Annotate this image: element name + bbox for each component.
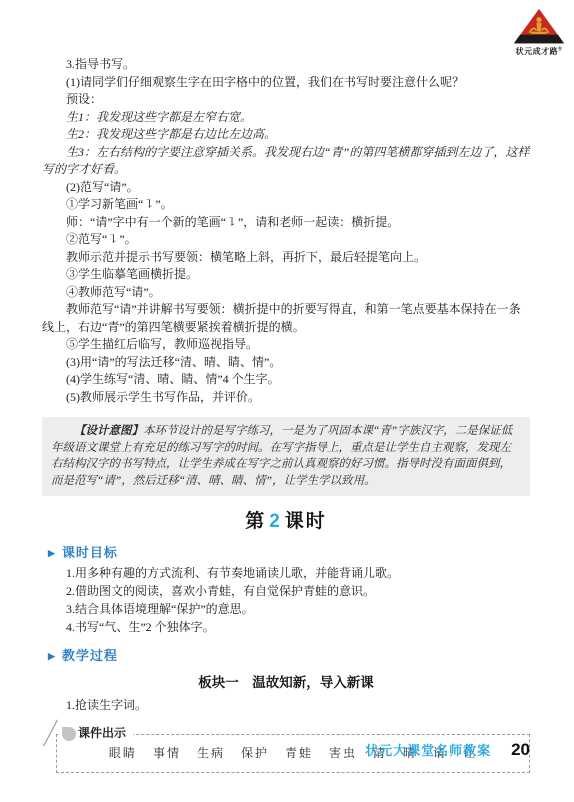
goal-list: 1.用多种有趣的方式流利、有节奏地诵读儿歌，并能背诵儿歌。2.借助图文的阅读，喜… <box>42 564 530 636</box>
lesson-step-line: 生3：左右结构的字要注意穿插关系。我发现右边“青”的第四笔横都穿插到左边了，这样… <box>42 144 530 179</box>
lesson-step-line: 生1：我发现这些字都是左窄右宽。 <box>42 109 530 127</box>
brand-text: 状元成才路® <box>510 46 568 57</box>
session-number: 2 <box>266 511 285 532</box>
design-note-text: 【设计意图】本环节设计的是写字练习，一是为了巩固本课“青”字族汉字，二是保证低年… <box>51 423 521 489</box>
footer-brand: 状元大课堂名师教案 <box>365 740 491 759</box>
courseware-word: 害虫 <box>329 744 357 761</box>
lesson-step-line: (4)学生练写“清、晴、睛、情”4 个生字。 <box>42 371 530 389</box>
courseware-word: 生病 <box>197 744 225 761</box>
lesson-step-line: (2)范写“请”。 <box>42 179 530 197</box>
section-header-process: ▶教学过程 <box>48 645 530 664</box>
section-header-goals: ▶课时目标 <box>48 542 530 561</box>
lesson-step-line: 教师范写“请”并讲解书写要领：横折提中的折要写得直，和第一笔点要基本保持在一条线… <box>42 301 530 336</box>
courseware-word: 保护 <box>241 744 269 761</box>
lesson-step-line: (3)用“请”的写法迁移“清、晴、睛、情”。 <box>42 354 530 372</box>
courseware-word: 眼睛 <box>109 744 137 761</box>
courseware-word: 事情 <box>153 744 181 761</box>
lesson-step-line: (5)教师展示学生书写作品，并评价。 <box>42 389 530 407</box>
drop-icon <box>62 727 76 741</box>
lesson-step-line: ②范写“㇊”。 <box>42 231 530 249</box>
lesson-step-line: 师：“请”字中有一个新的笔画“㇊”，请和老师一起读：横折提。 <box>42 214 530 232</box>
goal-item: 2.借助图文的阅读，喜欢小青蛙，有自觉保护青蛙的意识。 <box>42 582 530 600</box>
lesson-step-line: 3.指导书写。 <box>42 56 530 74</box>
document-page: 状元成才路® 3.指导书写。(1)请同学们仔细观察生字在田字格中的位置，我们在书… <box>0 0 574 802</box>
lesson-step-line: ⑤学生描红后临写，教师巡视指导。 <box>42 336 530 354</box>
publisher-logo: 状元成才路® <box>510 8 568 57</box>
registered-mark: ® <box>558 46 562 52</box>
page-number: 20 <box>511 740 530 760</box>
courseware-label: 课件出示 <box>58 725 133 742</box>
lesson-step-line: (1)请同学们仔细观察生字在田字格中的位置，我们在书写时要注意什么呢？ <box>42 74 530 92</box>
block-heading: 板块一 温故知新，导入新课 <box>42 671 530 691</box>
goal-item: 4.书写“气、生”2 个独体字。 <box>42 618 530 636</box>
triangle-bullet-icon: ▶ <box>48 651 56 661</box>
lesson-step-line: 生2：我发现这些字都是右边比左边高。 <box>42 126 530 144</box>
lesson-steps: 3.指导书写。(1)请同学们仔细观察生字在田字格中的位置，我们在书写时要注意什么… <box>42 56 530 406</box>
lesson-step-line: ①学习新笔画“㇊”。 <box>42 196 530 214</box>
lesson-step-line: ③学生临摹笔画横折提。 <box>42 266 530 284</box>
lesson-step-line: 预设： <box>42 91 530 109</box>
session-title: 第2课时 <box>42 506 530 533</box>
design-note-box: 【设计意图】本环节设计的是写字练习，一是为了巩固本课“青”字族汉字，二是保证低年… <box>42 417 530 496</box>
step-line: 1.抢读生字词。 <box>42 696 530 714</box>
courseware-word: 青蛙 <box>285 744 313 761</box>
triangle-emblem-icon <box>513 8 565 46</box>
design-note-label: 【设计意图】 <box>74 425 143 437</box>
page-footer: 状元大课堂名师教案 20 <box>365 740 530 760</box>
page-content: 3.指导书写。(1)请同学们仔细观察生字在田字格中的位置，我们在书写时要注意什么… <box>0 0 574 773</box>
triangle-bullet-icon: ▶ <box>48 548 56 558</box>
lesson-step-line: 教师示范并提示书写要领：横笔略上斜，再折下，最后轻提笔向上。 <box>42 249 530 267</box>
goal-item: 1.用多种有趣的方式流利、有节奏地诵读儿歌，并能背诵儿歌。 <box>42 564 530 582</box>
lesson-step-line: ④教师范写“请”。 <box>42 284 530 302</box>
goal-item: 3.结合具体语境理解“保护”的意思。 <box>42 600 530 618</box>
